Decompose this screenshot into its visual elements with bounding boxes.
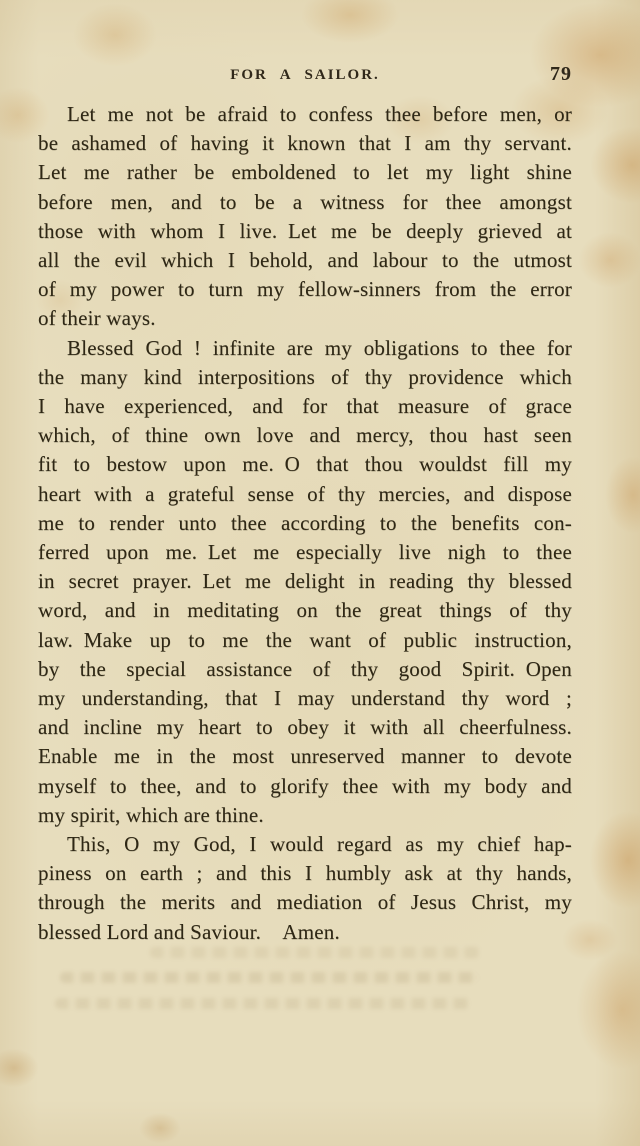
- book-page: FOR A SAILOR. 79 Let me not be afraid to…: [0, 0, 640, 1146]
- text-line: me to render unto thee according to the …: [38, 509, 572, 538]
- bleed-through-smudge: [55, 998, 470, 1009]
- text-line: of my power to turn my fellow-sinners fr…: [38, 275, 572, 304]
- text-line: heart with a grateful sense of thy merci…: [38, 480, 572, 509]
- text-line: piness on earth ; and this I humbly ask …: [38, 859, 572, 888]
- text-line: by the special assistance of thy good Sp…: [38, 655, 572, 684]
- text-line: fit to bestow upon me. O that thou would…: [38, 450, 572, 479]
- text-line: word, and in meditating on the great thi…: [38, 596, 572, 625]
- text-line: the many kind interpositions of thy prov…: [38, 363, 572, 392]
- text-line: those with whom I live. Let me be deeply…: [38, 217, 572, 246]
- text-line: Let me rather be emboldened to let my li…: [38, 158, 572, 187]
- text-line: blessed Lord and Saviour. Amen.: [38, 918, 572, 947]
- text-line: Blessed God ! infinite are my obligation…: [38, 334, 572, 363]
- text-line: my understanding, that I may understand …: [38, 684, 572, 713]
- text-line: before men, and to be a witness for thee…: [38, 188, 572, 217]
- text-line: Let me not be afraid to confess thee bef…: [38, 100, 572, 129]
- text-line: my spirit, which are thine.: [38, 801, 572, 830]
- running-title: FOR A SAILOR.: [38, 67, 572, 84]
- text-line: Enable me in the most unreserved manner …: [38, 742, 572, 771]
- text-line: ferred upon me. Let me especially live n…: [38, 538, 572, 567]
- text-line: through the merits and mediation of Jesu…: [38, 888, 572, 917]
- paragraph: This, O my God, I would regard as my chi…: [38, 830, 572, 947]
- bleed-through-smudge: [150, 947, 480, 958]
- text-line: myself to thee, and to glorify thee with…: [38, 772, 572, 801]
- text-line: of their ways.: [38, 304, 572, 333]
- text-line: law. Make up to me the want of public in…: [38, 626, 572, 655]
- page-header: FOR A SAILOR. 79: [38, 63, 572, 89]
- text-block: Let me not be afraid to confess thee bef…: [38, 100, 572, 947]
- paragraph: Blessed God ! infinite are my obligation…: [38, 334, 572, 830]
- bleed-through-smudge: [60, 972, 480, 983]
- text-line: all the evil which I behold, and labour …: [38, 246, 572, 275]
- page-number: 79: [550, 63, 572, 86]
- text-line: which, of thine own love and mercy, thou…: [38, 421, 572, 450]
- paragraph: Let me not be afraid to confess thee bef…: [38, 100, 572, 334]
- text-line: I have experienced, and for that measure…: [38, 392, 572, 421]
- text-line: be ashamed of having it known that I am …: [38, 129, 572, 158]
- text-line: in secret prayer. Let me delight in read…: [38, 567, 572, 596]
- text-line: This, O my God, I would regard as my chi…: [38, 830, 572, 859]
- text-line: and incline my heart to obey it with all…: [38, 713, 572, 742]
